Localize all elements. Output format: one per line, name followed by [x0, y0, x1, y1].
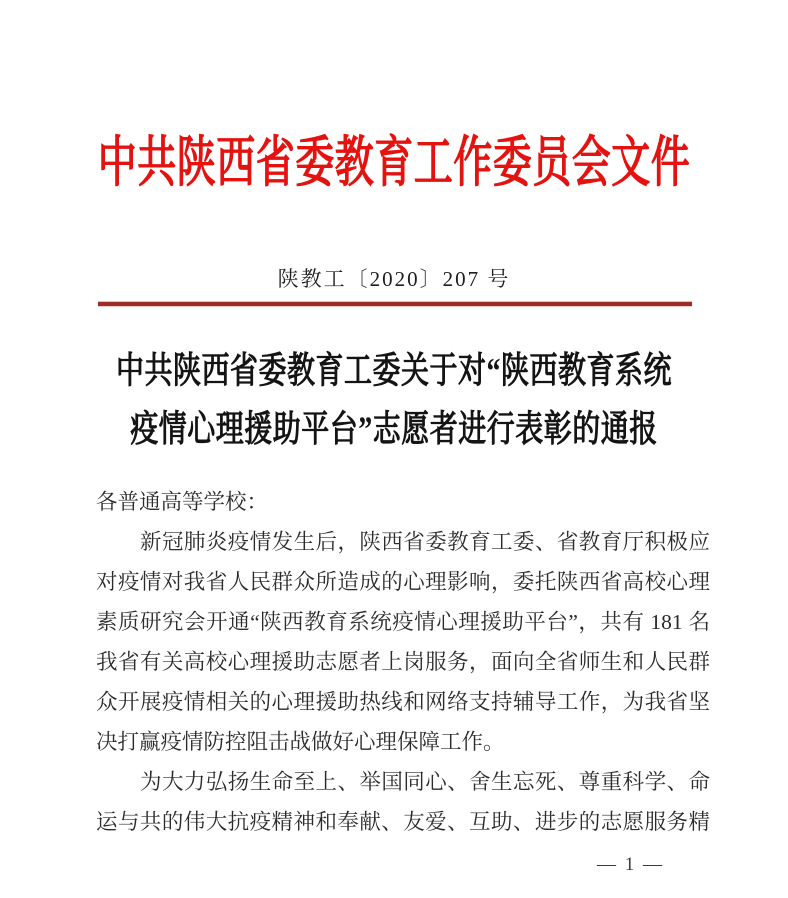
body-line: 众开展疫情相关的心理援助热线和网络支持辅导工作，为我省坚: [96, 682, 710, 722]
red-divider-line: [98, 302, 692, 306]
body-line: 我省有关高校心理援助志愿者上岗服务，面向全省师生和人民群: [96, 642, 710, 682]
doc-title: 中共陕西省委教育工委关于对“陕西教育系统 疫情心理援助平台”志愿者进行表彰的通报: [0, 342, 788, 459]
body-text: 各普通高等学校： 新冠肺炎疫情发生后，陕西省委教育工委、省教育厅积极应 对疫情对…: [96, 482, 710, 842]
doc-title-line-2: 疫情心理援助平台”志愿者进行表彰的通报: [0, 401, 788, 460]
doc-reference-number: 陕教工〔2020〕207 号: [0, 264, 788, 294]
doc-title-line-1: 中共陕西省委教育工委关于对“陕西教育系统: [0, 342, 788, 401]
page-number: — 1 —: [597, 851, 664, 879]
document-page: 中共陕西省委教育工作委员会文件 陕教工〔2020〕207 号 中共陕西省委教育工…: [0, 0, 788, 898]
body-line: 运与共的伟大抗疫精神和奉献、友爱、互助、进步的志愿服务精: [96, 802, 710, 842]
letterhead-org-title: 中共陕西省委教育工作委员会文件: [0, 130, 788, 198]
body-line: 对疫情对我省人民群众所造成的心理影响，委托陕西省高校心理: [96, 562, 710, 602]
body-line: 为大力弘扬生命至上、举国同心、舍生忘死、尊重科学、命: [96, 762, 710, 802]
salutation-line: 各普通高等学校：: [96, 482, 710, 522]
body-line: 素质研究会开通“陕西教育系统疫情心理援助平台”，共有 181 名: [96, 602, 710, 642]
body-line: 决打赢疫情防控阻击战做好心理保障工作。: [96, 722, 710, 762]
body-line: 新冠肺炎疫情发生后，陕西省委教育工委、省教育厅积极应: [96, 522, 710, 562]
